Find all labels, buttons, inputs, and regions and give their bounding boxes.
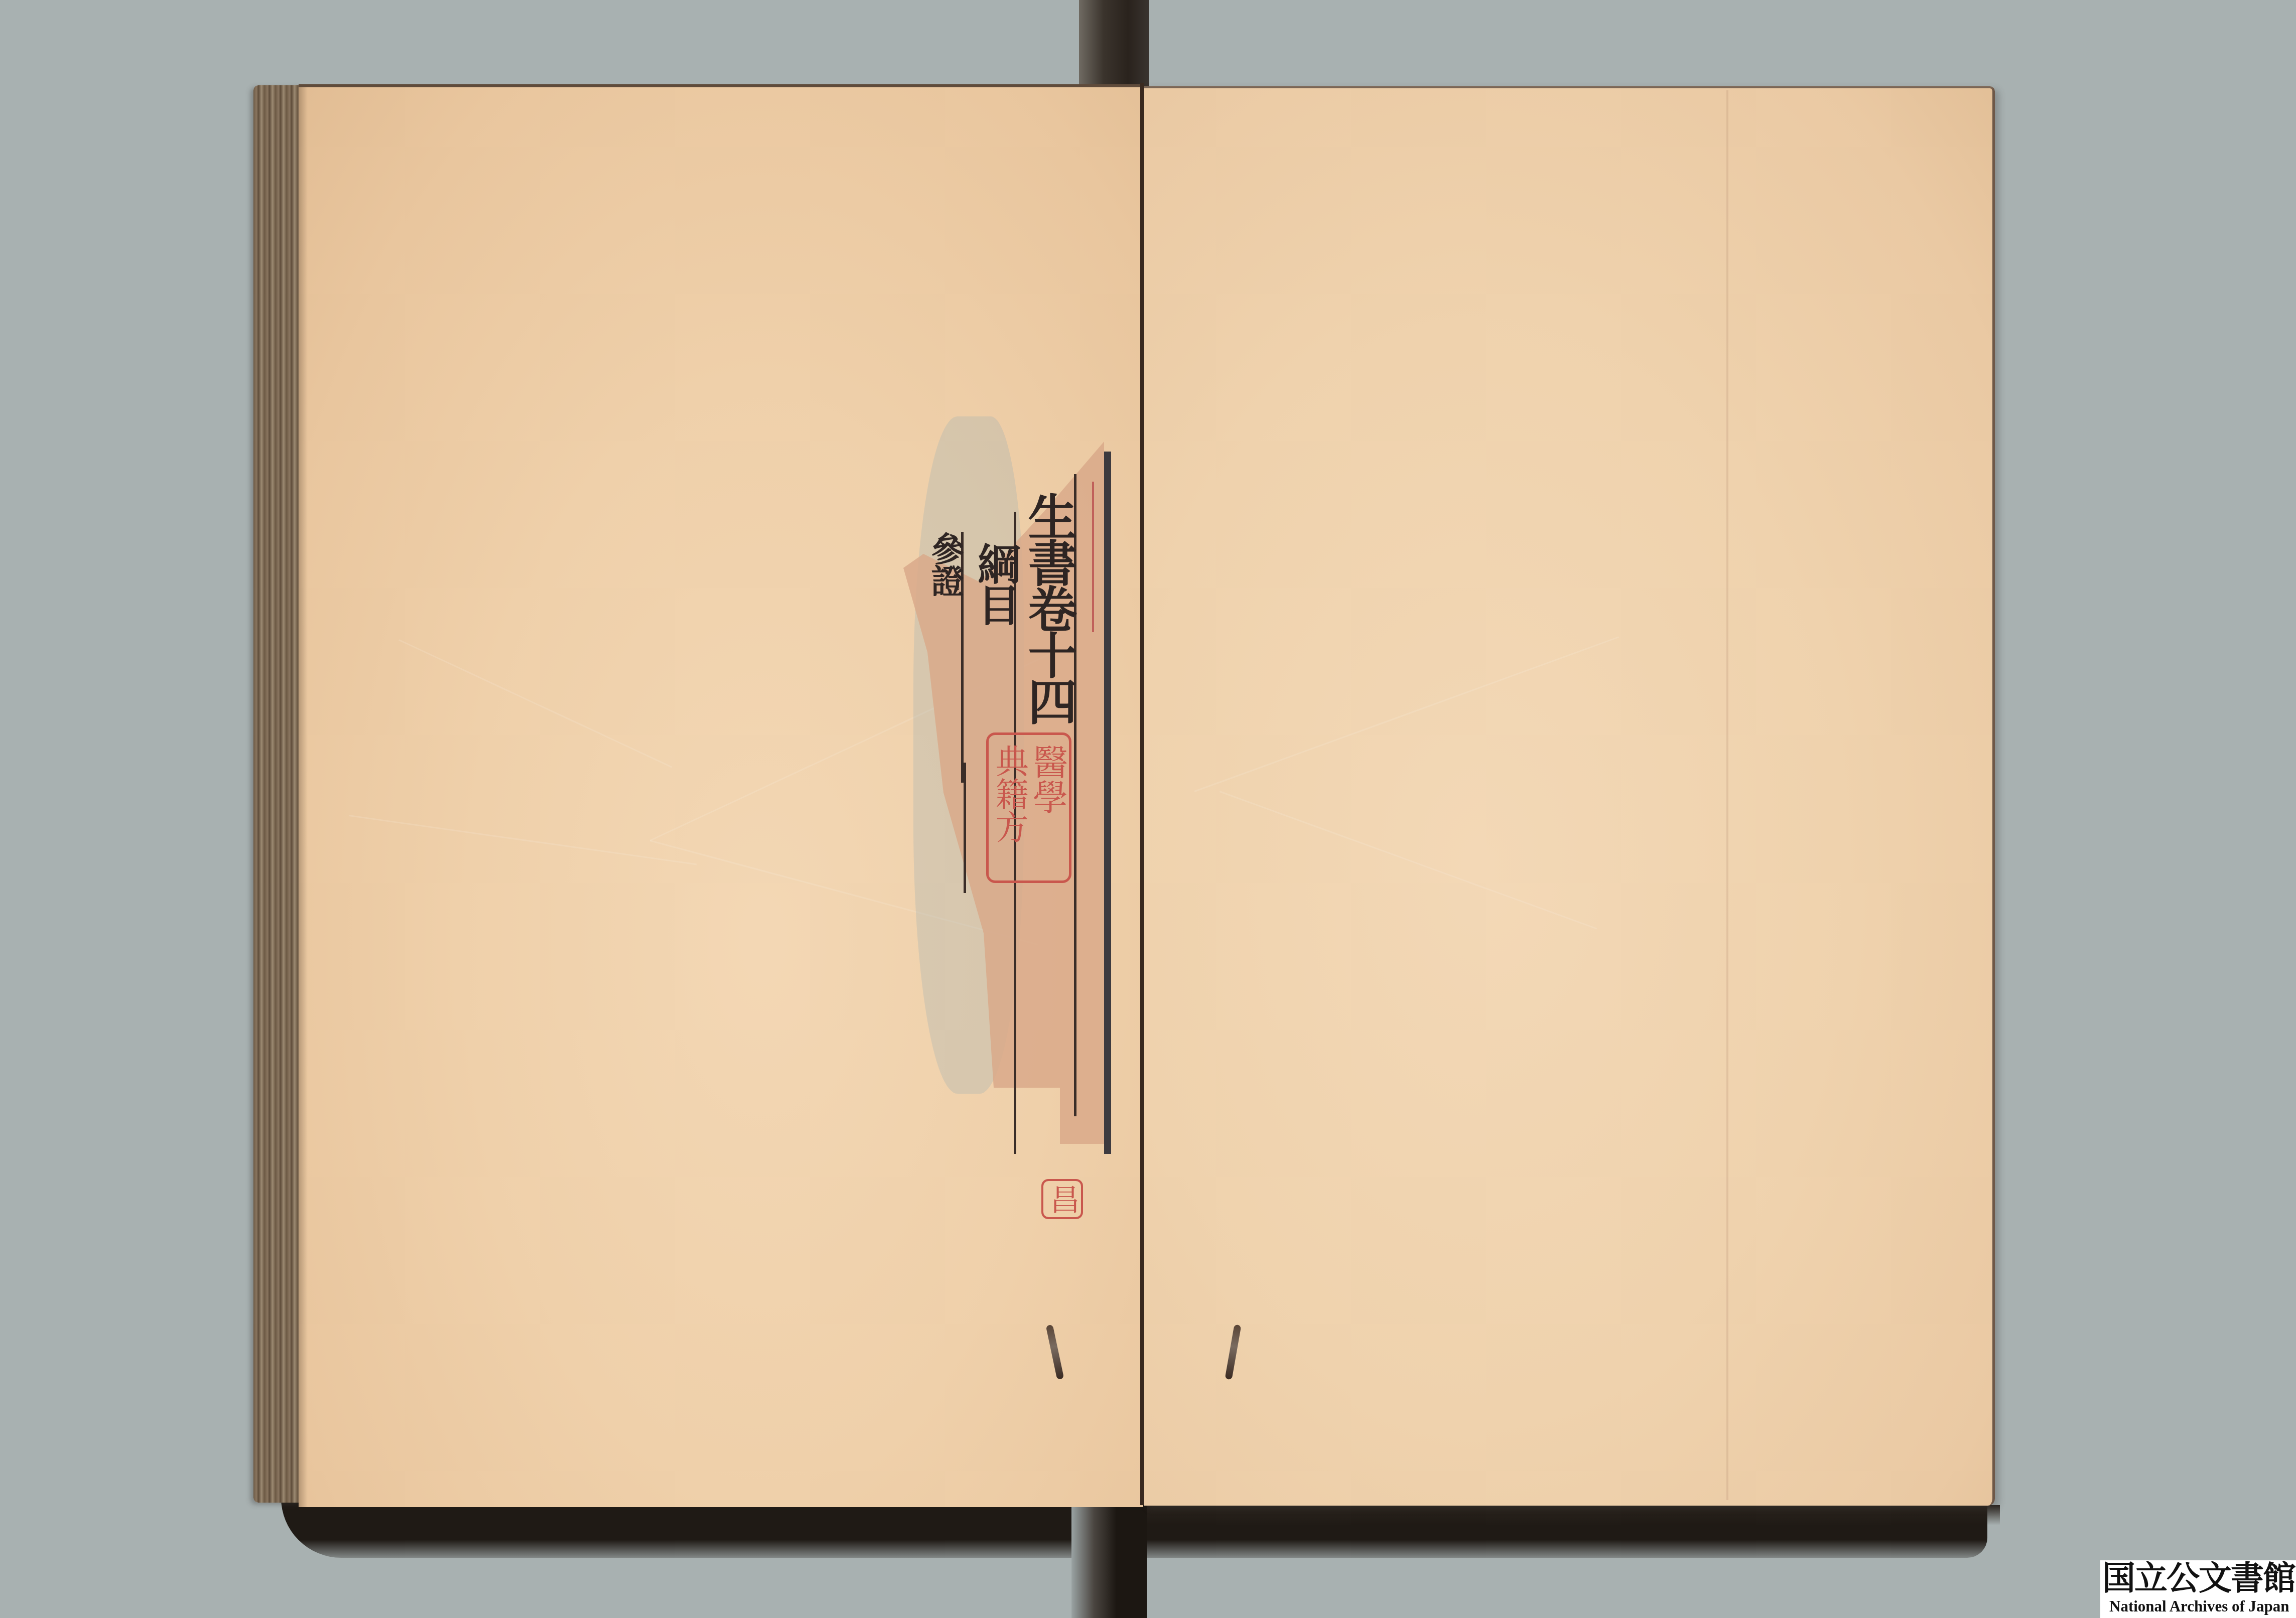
logo-japanese-text: 国立公文書館 xyxy=(2102,1561,2295,1594)
small-red-seal: 昌 xyxy=(1041,1179,1083,1219)
paper-crease xyxy=(1194,636,1619,792)
print-frame-red-line xyxy=(1092,482,1094,632)
red-seal-stamp: 醫學 典籍方 xyxy=(986,732,1071,883)
paper-crease xyxy=(349,815,697,865)
print-frame-border xyxy=(1104,452,1111,1154)
main-title-column: 生書卷十四 xyxy=(1024,492,1073,722)
book-shadow-right xyxy=(1147,1505,2000,1525)
book-fore-edge xyxy=(253,85,301,1503)
third-column-text: 參證 xyxy=(928,532,962,596)
second-column-text: 綱目 xyxy=(974,542,1017,624)
seal-line-2: 典籍方 xyxy=(992,744,1026,843)
paper-crease xyxy=(398,639,672,768)
paper-crease xyxy=(1219,791,1597,929)
logo-english-text: National Archives of Japan xyxy=(2109,1598,2289,1614)
column-rule xyxy=(964,763,966,893)
page-fold-line xyxy=(1726,90,1728,1500)
bookmark-ribbon-bottom xyxy=(1071,1505,1147,1618)
book-gutter xyxy=(1140,83,1144,1505)
archive-logo: 国立公文書館 National Archives of Japan xyxy=(2100,1560,2296,1618)
right-page xyxy=(1144,86,1995,1506)
seal-line-1: 醫學 xyxy=(1029,744,1066,814)
bookmark-ribbon-top xyxy=(1079,0,1149,90)
